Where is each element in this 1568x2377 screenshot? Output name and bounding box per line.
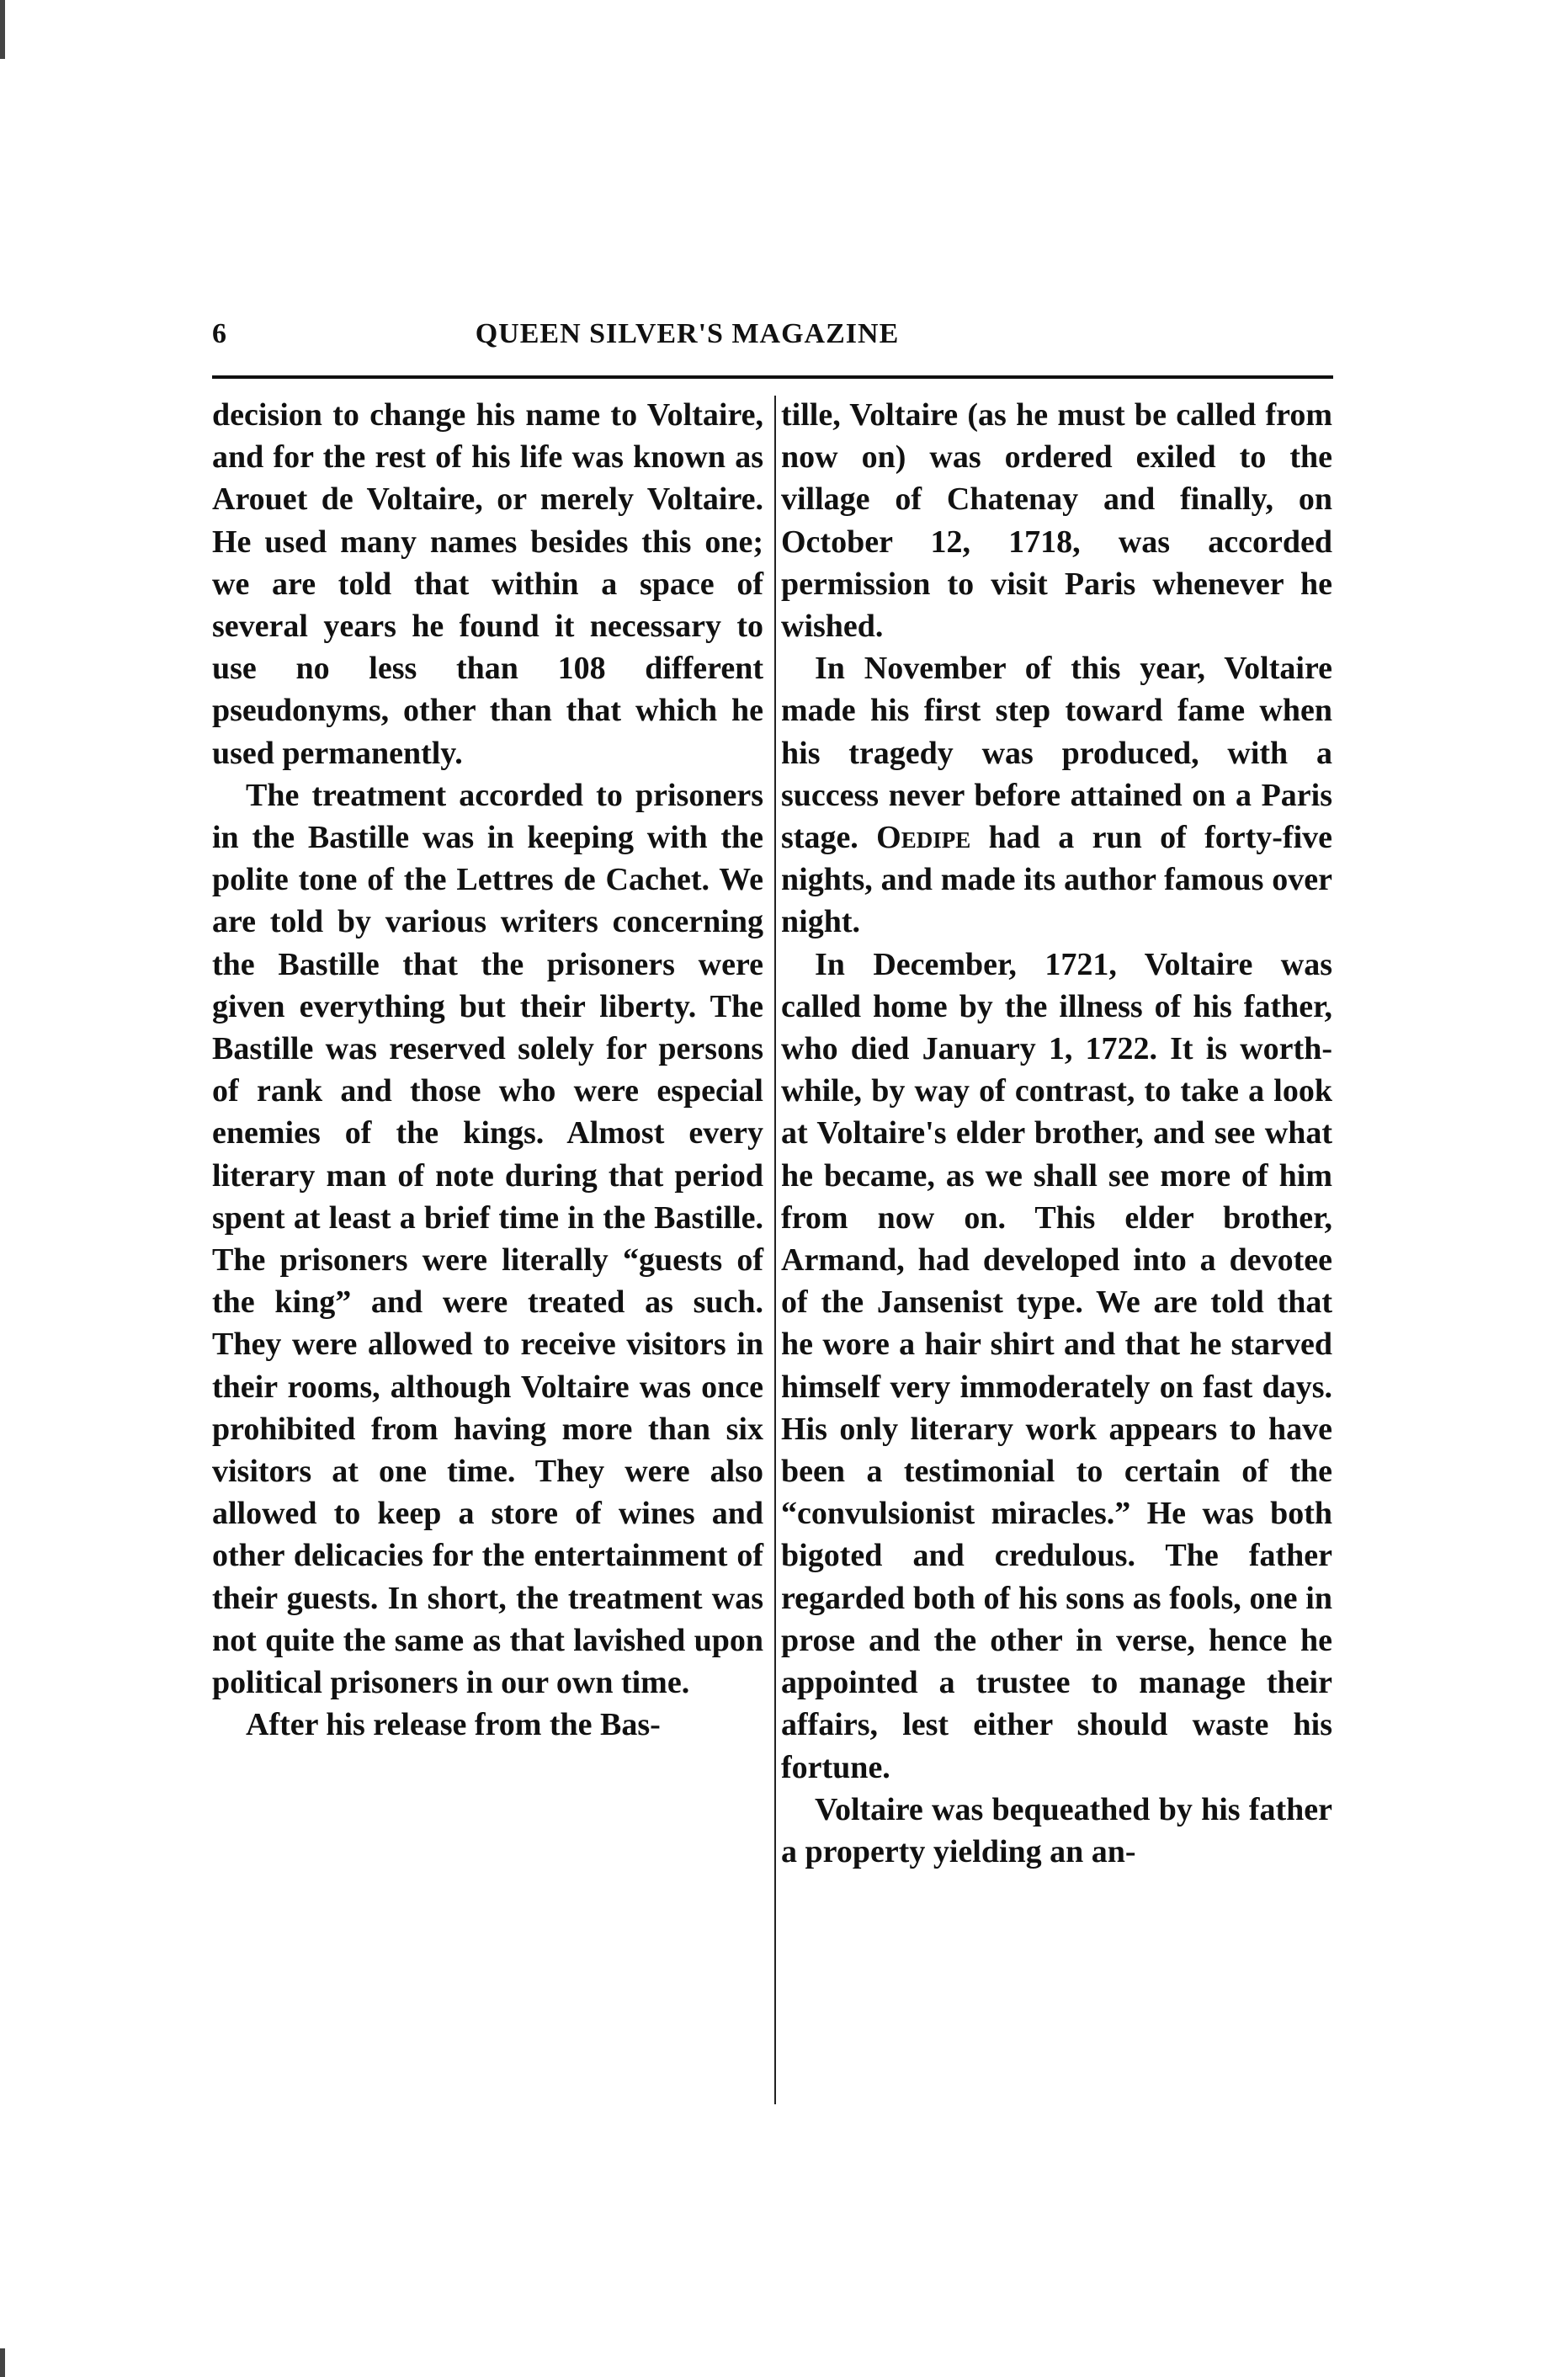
play-title: Oedipe (876, 820, 970, 855)
header-rule (212, 375, 1333, 379)
right-column: tille, Voltaire (as he must be called fr… (781, 394, 1332, 1873)
column-divider (774, 396, 776, 2104)
magazine-title: QUEEN SILVER'S MAGAZINE (476, 318, 900, 350)
scan-edge-mark (0, 0, 5, 59)
paragraph: tille, Voltaire (as he must be called fr… (781, 394, 1332, 647)
paragraph: Voltaire was bequeathed by his father a … (781, 1789, 1332, 1873)
paragraph: In December, 1721, Voltaire was called h… (781, 944, 1332, 1789)
paragraph: After his release from the Bas- (212, 1704, 763, 1746)
paragraph: decision to change his name to Voltaire,… (212, 394, 763, 774)
running-head: QUEEN SILVER'S MAGAZINE (0, 318, 1568, 350)
left-column: decision to change his name to Voltaire,… (212, 394, 763, 1747)
paragraph: The treatment accorded to prisoners in t… (212, 774, 763, 1704)
paragraph: In November of this year, Voltaire made … (781, 647, 1332, 943)
scan-edge-mark (0, 2348, 5, 2377)
